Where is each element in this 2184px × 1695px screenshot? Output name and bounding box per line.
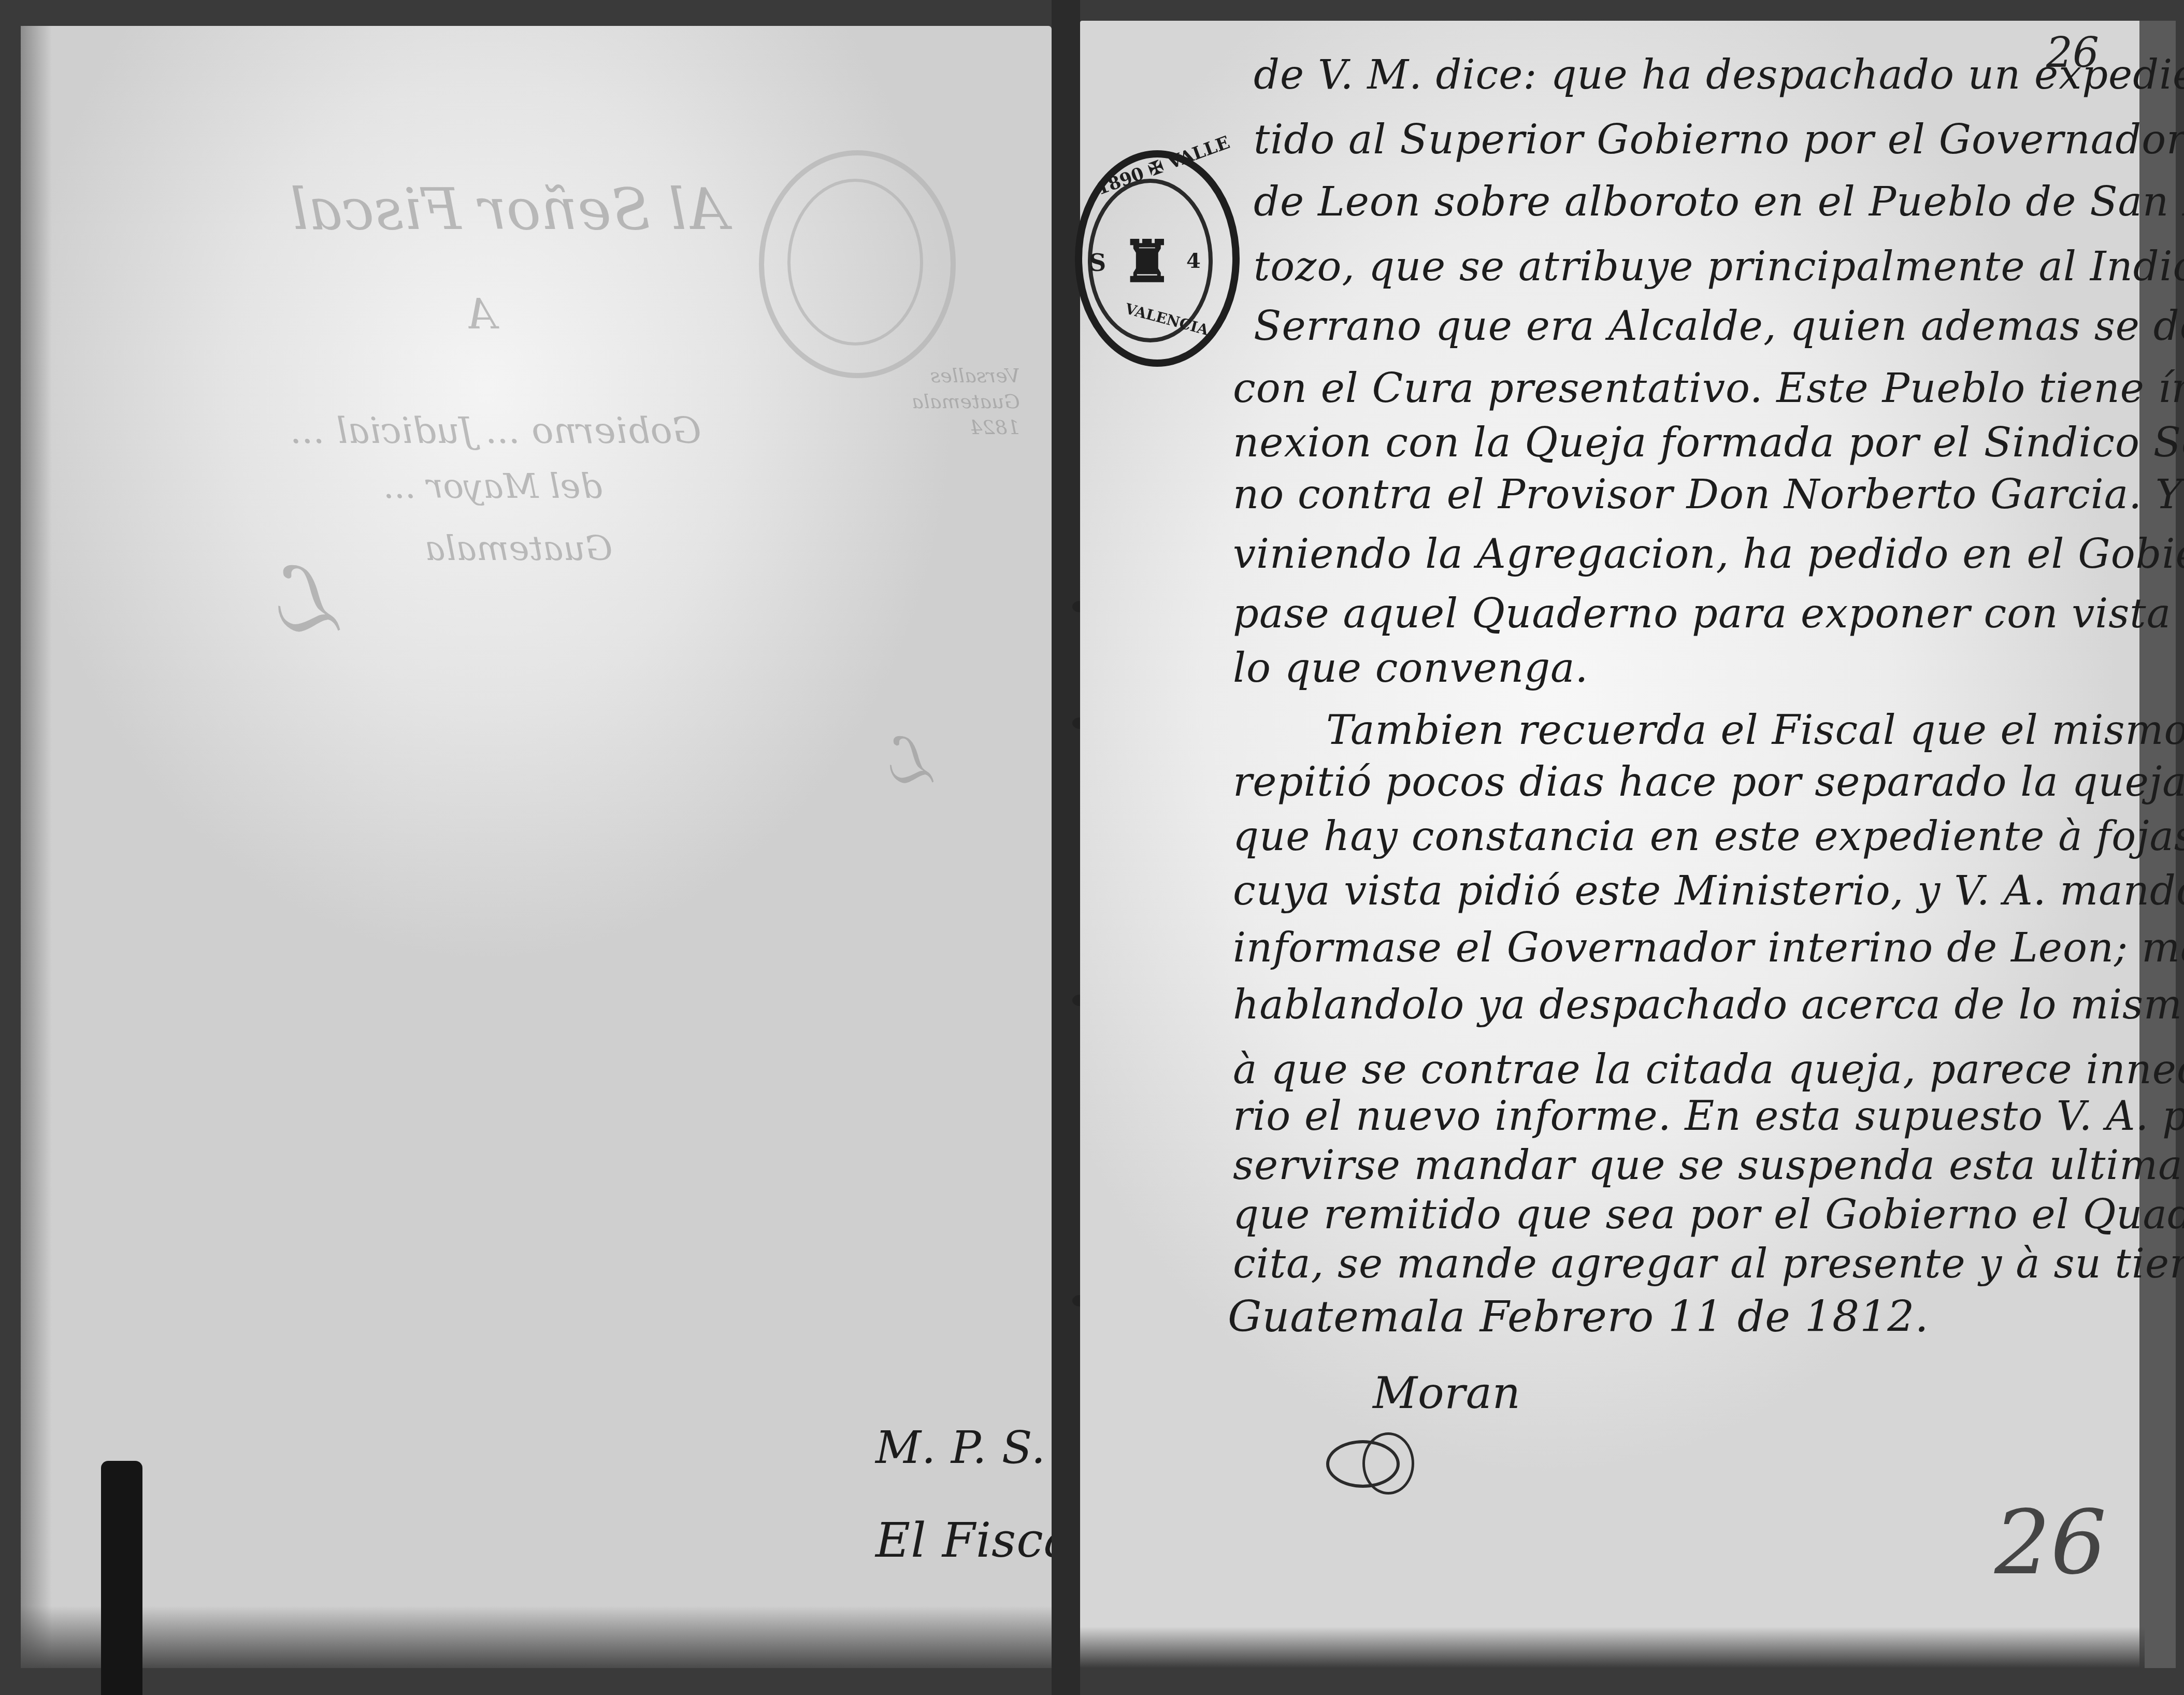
- body-line: servirse mandar que se suspenda esta ult…: [1233, 1142, 2184, 1189]
- body-line: con el Cura presentativo. Este Pueblo ti…: [1233, 365, 2184, 412]
- bleed-rubric: ℒ: [280, 549, 343, 652]
- bookmark-strip: [101, 1461, 142, 1695]
- body-line: tozo, que se atribuye principalmente al …: [1254, 243, 2184, 290]
- bottom-folio-mark: 26: [1994, 1492, 2106, 1595]
- body-line: nexion con la Queja formada por el Sindi…: [1233, 420, 2184, 466]
- bleed-line-2: Gobierno ... Judicial ...: [290, 409, 701, 452]
- page-bottom-shadow: [21, 1606, 1052, 1668]
- body-line: de Leon sobre alboroto en el Pueblo de S…: [1254, 179, 2184, 225]
- bleed-margin-note: Versalles Guatemala 1824: [912, 363, 1020, 440]
- coat-of-arms-icon: ♜: [1122, 228, 1173, 295]
- body-line: cita, se mande agregar al presente y à s…: [1233, 1241, 2184, 1287]
- bleed-line-3: del Mayor ...: [383, 466, 602, 506]
- bleed-line-4: Guatemala: [425, 528, 613, 568]
- bleed-heading: Al Señor Fiscal: [290, 176, 728, 242]
- body-line: que hay constancia en este expediente à …: [1233, 813, 2184, 860]
- body-line: Tambien recuerda el Fiscal que el mismo …: [1326, 707, 2184, 754]
- dateline: Guatemala Febrero 11 de 1812.: [1228, 1292, 1929, 1342]
- body-line: de V. M. dice: que ha despachado un expe…: [1254, 52, 2184, 98]
- body-line: rio el nuevo informe. En esta supuesto V…: [1233, 1093, 2184, 1140]
- body-line: repitió pocos dias hace por separado la …: [1233, 759, 2184, 806]
- body-line: no contra el Provisor Don Norberto Garci…: [1233, 471, 2184, 518]
- page-edge-shadow: [21, 26, 52, 1668]
- bleed-line-1: A: [466, 290, 496, 338]
- signature: Moran: [1373, 1368, 1521, 1418]
- seal-letter-4: 4: [1186, 249, 1201, 273]
- bleed-rubric-2: ℒ: [891, 725, 936, 797]
- body-line: à que se contrae la citada queja, parece…: [1233, 1046, 2184, 1093]
- body-line: viniendo la Agregacion, ha pedido en el …: [1233, 531, 2184, 578]
- body-line: informase el Governador interino de Leon…: [1233, 925, 2184, 971]
- rubric-flourish-icon: [1362, 1432, 1414, 1495]
- manuscript-scan: Al Señor Fiscal A Gobierno ... Judicial …: [0, 0, 2184, 1695]
- footer-mps: M. P. S.: [875, 1422, 1046, 1474]
- ghost-seal-inner-icon: [787, 179, 923, 346]
- body-line: tido al Superior Gobierno por el Governa…: [1254, 117, 2184, 163]
- body-line: hablandolo ya despachado acerca de lo mi…: [1233, 982, 2184, 1028]
- page-bottom-shadow: [1080, 1627, 2145, 1668]
- body-line: Serrano que era Alcalde, quien ademas se…: [1254, 303, 2184, 350]
- body-line: lo que convenga.: [1233, 645, 1588, 692]
- body-line: pase aquel Quaderno para exponer con vis…: [1233, 591, 2184, 637]
- body-line: que remitido que sea por el Gobierno el …: [1233, 1191, 2184, 1238]
- body-line: cuya vista pidió este Ministerio, y V. A…: [1233, 868, 2184, 914]
- seal-letter-s: S: [1089, 249, 1106, 277]
